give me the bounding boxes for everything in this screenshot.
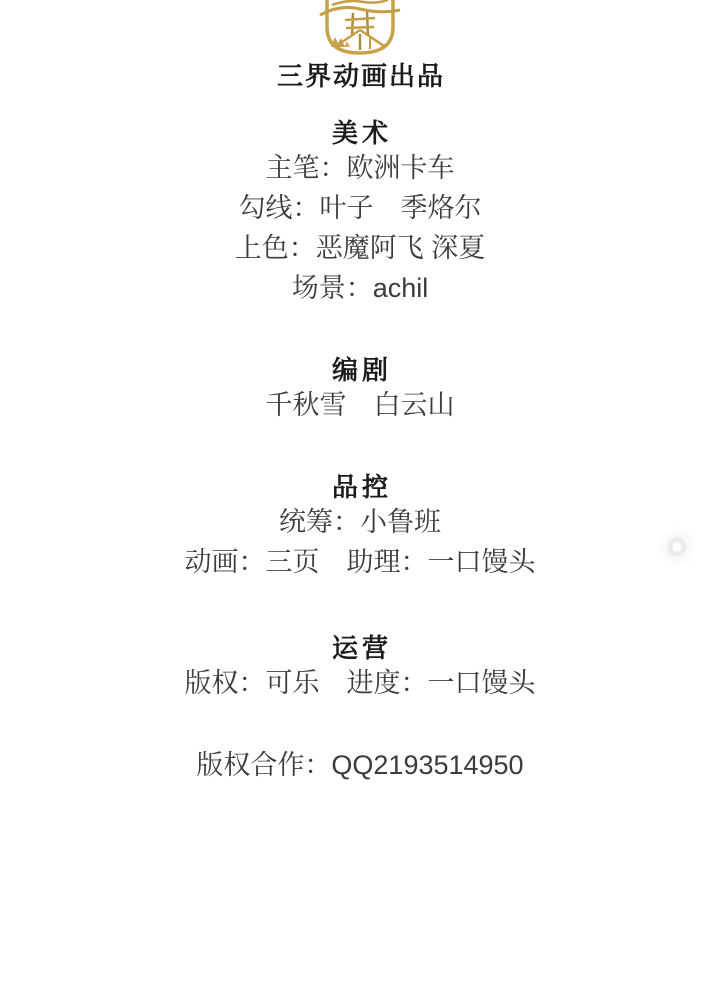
credit-line-lead-artist: 主笔：欧洲卡车: [0, 148, 720, 188]
credit-line-coordinator: 统筹：小鲁班: [0, 502, 720, 542]
section-ops-title: 运营: [0, 633, 720, 663]
copyright-cooperation-line: 版权合作：QQ2193514950: [0, 745, 720, 785]
credits-page: 三界动画出品 美术 主笔：欧洲卡车 勾线：叶子 季烙尔 上色：恶魔阿飞 深夏 场…: [0, 0, 720, 1000]
credit-line-writers: 千秋雪 白云山: [0, 385, 720, 425]
credit-line-line-art: 勾线：叶子 季烙尔: [0, 188, 720, 228]
section-writer: 编剧 千秋雪 白云山: [0, 355, 720, 425]
credit-line-animation-assistant: 动画：三页 助理：一口馒头: [0, 542, 720, 582]
section-operations: 运营 版权：可乐 进度：一口馒头: [0, 633, 720, 703]
credit-line-coloring: 上色：恶魔阿飞 深夏: [0, 228, 720, 268]
section-art-title: 美术: [0, 118, 720, 148]
section-qc-title: 品控: [0, 472, 720, 502]
section-quality-control: 品控 统筹：小鲁班 动画：三页 助理：一口馒头: [0, 472, 720, 582]
studio-name: 三界动画出品: [0, 61, 720, 91]
section-writer-title: 编剧: [0, 355, 720, 385]
credit-line-copyright-progress: 版权：可乐 进度：一口馒头: [0, 663, 720, 703]
credit-line-scenery: 场景：achil: [0, 268, 720, 308]
ring-watermark-icon: [668, 538, 686, 556]
studio-emblem-icon: [0, 0, 720, 57]
section-art: 美术 主笔：欧洲卡车 勾线：叶子 季烙尔 上色：恶魔阿飞 深夏 场景：achil: [0, 118, 720, 308]
